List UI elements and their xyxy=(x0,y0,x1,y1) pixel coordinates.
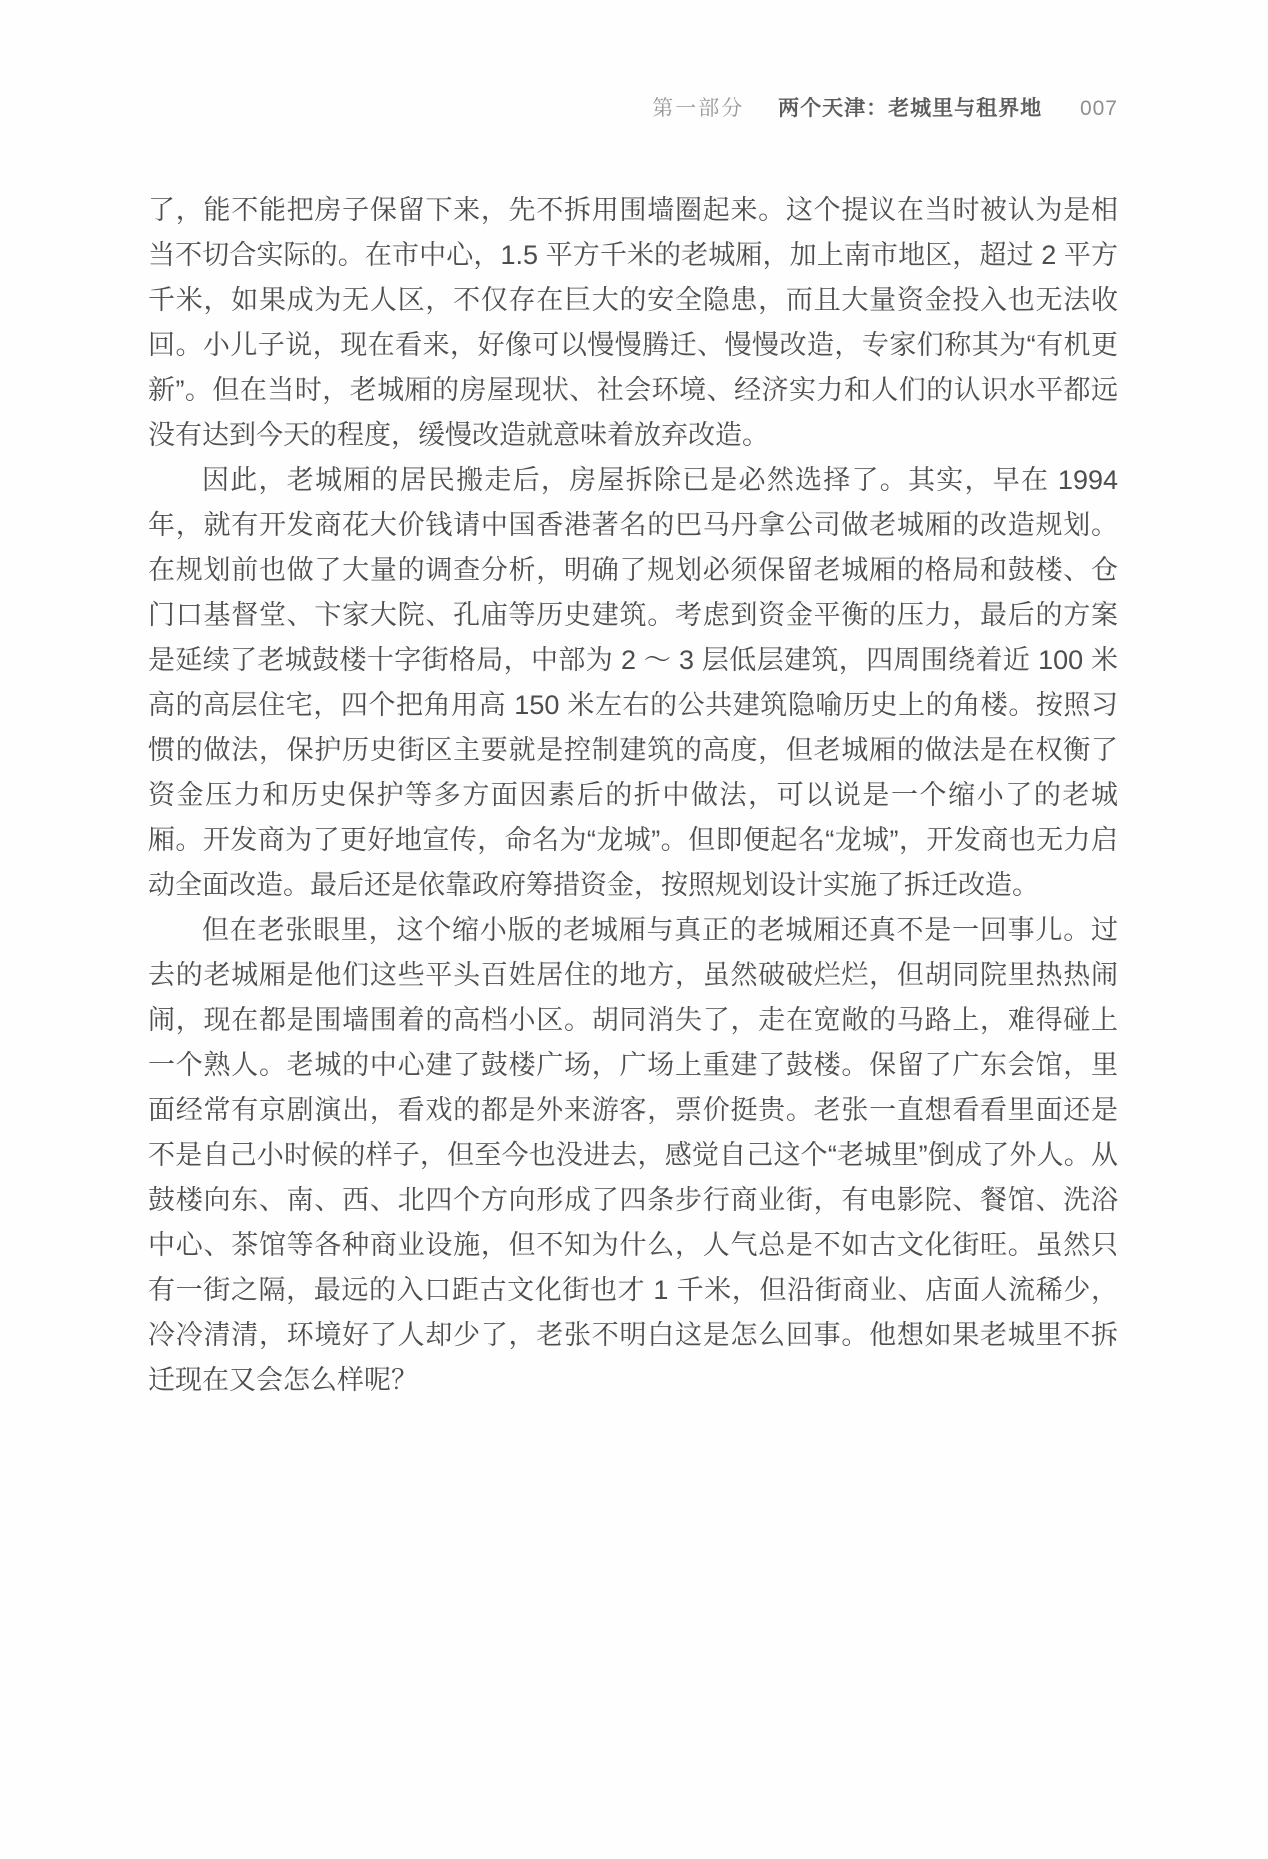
page-header: 第一部分 两个天津：老城里与租界地 007 xyxy=(148,96,1118,122)
paragraph: 但在老张眼里，这个缩小版的老城厢与真正的老城厢还真不是一回事儿。过去的老城厢是他… xyxy=(148,908,1118,1403)
page-number: 007 xyxy=(1080,97,1118,120)
paragraph: 因此，老城厢的居民搬走后，房屋拆除已是必然选择了。其实，早在 1994 年，就有… xyxy=(148,458,1118,908)
paragraph-continuation: 了，能不能把房子保留下来，先不拆用围墙圈起来。这个提议在当时被认为是相当不切合实… xyxy=(148,188,1118,458)
header-section-label: 第一部分 xyxy=(652,97,744,120)
book-page: 第一部分 两个天津：老城里与租界地 007 了，能不能把房子保留下来，先不拆用围… xyxy=(0,0,1268,1859)
body-text-block: 了，能不能把房子保留下来，先不拆用围墙圈起来。这个提议在当时被认为是相当不切合实… xyxy=(148,188,1118,1403)
header-chapter-title: 两个天津：老城里与租界地 xyxy=(778,97,1042,120)
